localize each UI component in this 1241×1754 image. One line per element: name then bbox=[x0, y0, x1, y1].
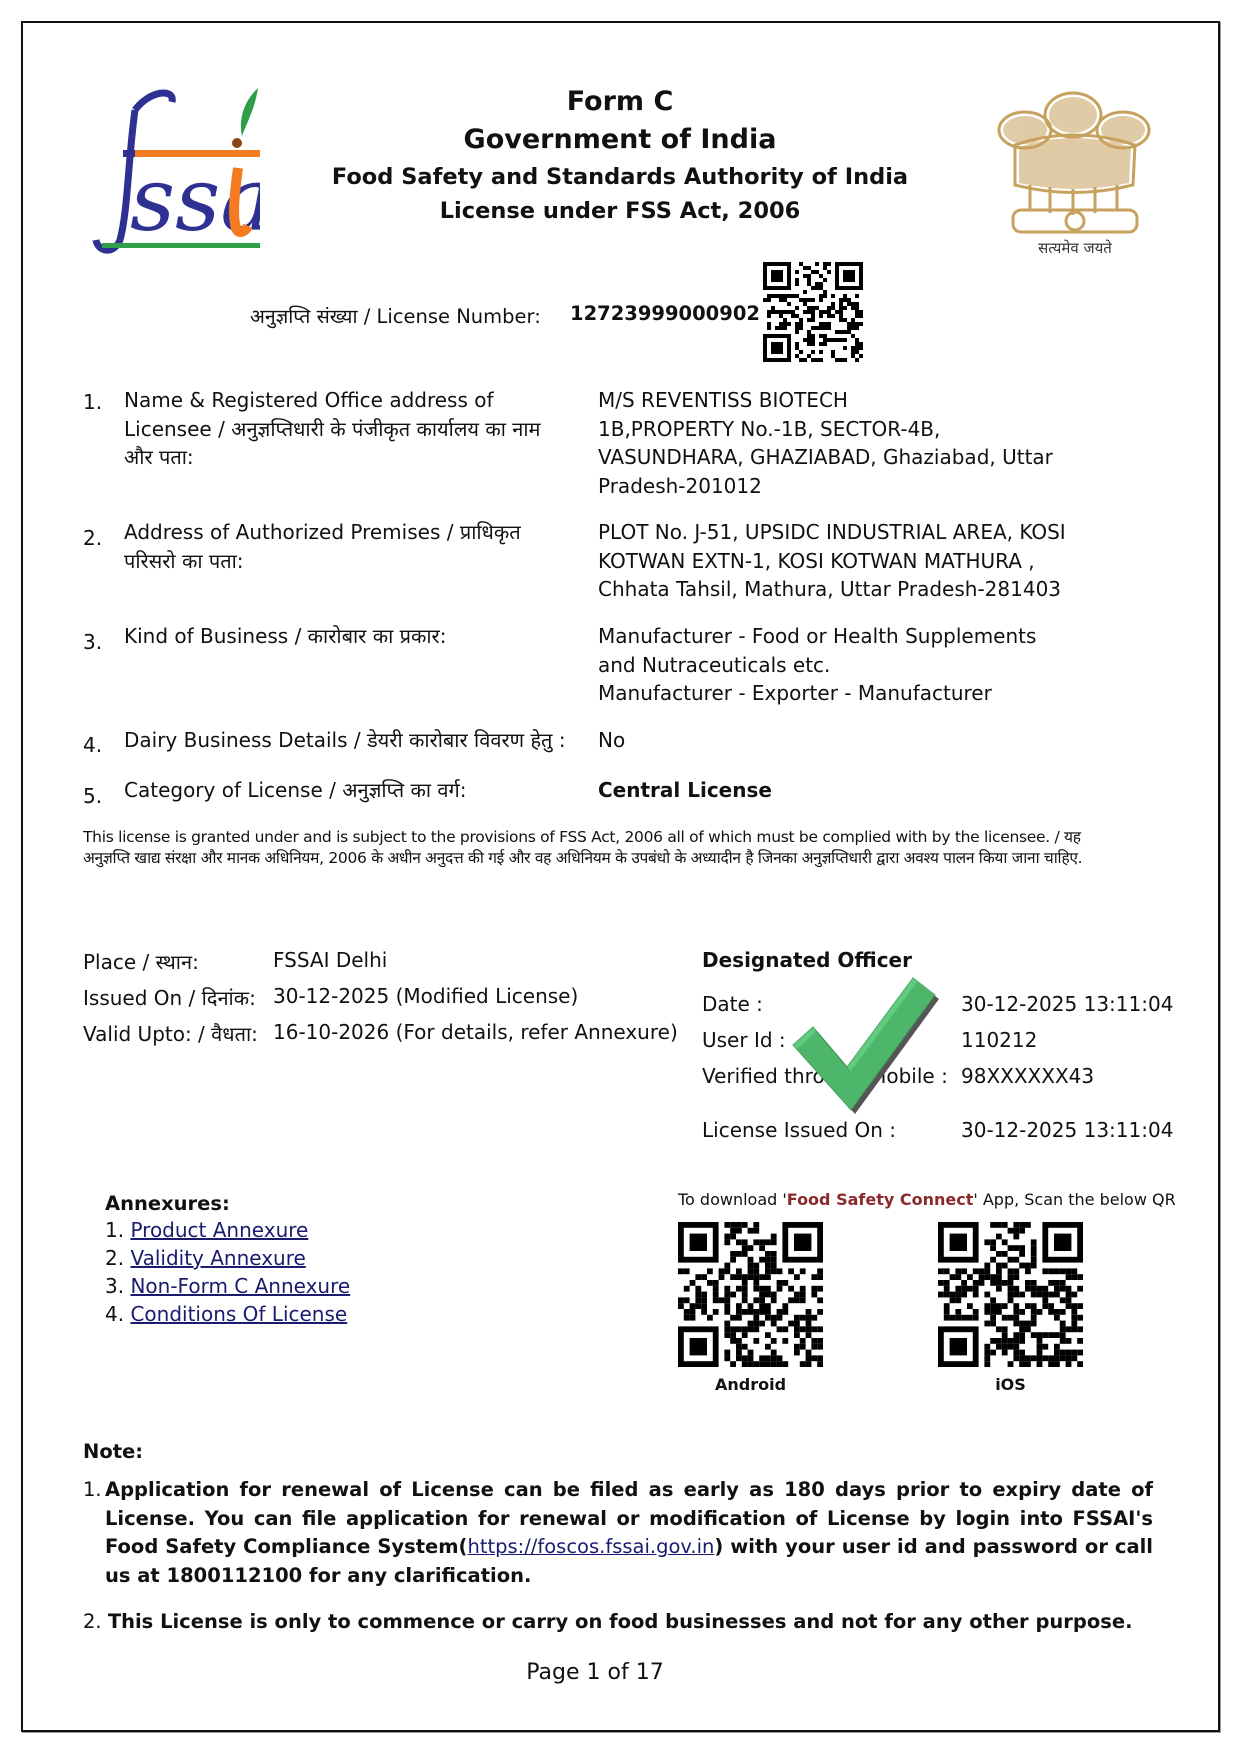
place-label: Place / स्थान: bbox=[83, 948, 199, 975]
license-qr-code-icon[interactable] bbox=[763, 262, 863, 362]
row-label-dairy: Dairy Business Details / डेयरी कारोबार व… bbox=[124, 726, 604, 755]
issued-on-value: 30-12-2025 (Modified License) bbox=[273, 984, 578, 1008]
annexure-number: 2. bbox=[105, 1246, 124, 1270]
authority-title: Food Safety and Standards Authority of I… bbox=[320, 164, 920, 190]
license-notice: This license is granted under and is sub… bbox=[83, 827, 1083, 869]
license-issued-on-label: License Issued On : bbox=[702, 1118, 896, 1142]
annexure-number: 3. bbox=[105, 1274, 124, 1298]
value-line: M/S REVENTISS BIOTECH bbox=[598, 386, 1078, 415]
officer-date-value: 30-12-2025 13:11:04 bbox=[961, 992, 1173, 1016]
value-line: KOTWAN EXTN-1, KOSI KOTWAN MATHURA , bbox=[598, 547, 1078, 576]
value-line: Pradesh-201012 bbox=[598, 472, 1078, 501]
value-line: VASUNDHARA, GHAZIABAD, Ghaziabad, Uttar bbox=[598, 443, 1078, 472]
validity-annexure-link[interactable]: Validity Annexure bbox=[130, 1246, 305, 1270]
officer-date-label: Date : bbox=[702, 992, 763, 1016]
license-issued-on-value: 30-12-2025 13:11:04 bbox=[961, 1118, 1173, 1142]
row-value-licensee: M/S REVENTISS BIOTECH 1B,PROPERTY No.-1B… bbox=[598, 386, 1078, 500]
annexure-number: 1. bbox=[105, 1218, 124, 1242]
row-label-business: Kind of Business / कारोबार का प्रकार: bbox=[124, 622, 564, 651]
verified-checkmark-icon bbox=[785, 975, 940, 1115]
value-line: and Nutraceuticals etc. bbox=[598, 651, 1078, 680]
annexure-item: 2. Validity Annexure bbox=[105, 1246, 306, 1270]
product-annexure-link[interactable]: Product Annexure bbox=[130, 1218, 308, 1242]
row-value-category: Central License bbox=[598, 776, 1078, 805]
note-1-text: Application for renewal of License can b… bbox=[105, 1476, 1153, 1590]
value-line: PLOT No. J-51, UPSIDC INDUSTRIAL AREA, K… bbox=[598, 518, 1078, 547]
officer-mobile-value: 98XXXXXX43 bbox=[961, 1064, 1094, 1088]
row-number: 3. bbox=[83, 630, 102, 654]
row-value-dairy: No bbox=[598, 726, 1078, 755]
note-number: 1. bbox=[83, 1476, 102, 1505]
row-value-premises: PLOT No. J-51, UPSIDC INDUSTRIAL AREA, K… bbox=[598, 518, 1078, 604]
conditions-of-license-link[interactable]: Conditions Of License bbox=[130, 1302, 347, 1326]
value-line: Central License bbox=[598, 776, 1078, 805]
valid-upto-label: Valid Upto: / वैधता: bbox=[83, 1020, 258, 1047]
note-number: 2. bbox=[83, 1610, 102, 1633]
ashoka-emblem-icon: सत्यमेव जयते bbox=[985, 85, 1165, 260]
note-title: Note: bbox=[83, 1440, 143, 1463]
annexure-item: 4. Conditions Of License bbox=[105, 1302, 347, 1326]
app-prefix: To download ' bbox=[678, 1190, 787, 1209]
ios-label: iOS bbox=[938, 1375, 1083, 1394]
note-2-text: This License is only to commence or carr… bbox=[108, 1610, 1133, 1633]
app-download-text: To download 'Food Safety Connect' App, S… bbox=[678, 1190, 1176, 1209]
android-label: Android bbox=[678, 1375, 823, 1394]
row-number: 5. bbox=[83, 784, 102, 808]
fssai-logo-icon: ssa bbox=[80, 80, 260, 255]
row-label-premises: Address of Authorized Premises / प्राधिक… bbox=[124, 518, 544, 575]
app-suffix: ' App, Scan the below QR bbox=[973, 1190, 1175, 1209]
designated-officer-title: Designated Officer bbox=[702, 948, 912, 972]
row-number: 4. bbox=[83, 733, 102, 757]
issued-on-label: Issued On / दिनांक: bbox=[83, 984, 256, 1011]
row-value-business: Manufacturer - Food or Health Supplement… bbox=[598, 622, 1078, 708]
officer-userid-value: 110212 bbox=[961, 1028, 1037, 1052]
page-number: Page 1 of 17 bbox=[0, 1660, 1190, 1685]
row-label-category: Category of License / अनुज्ञप्ति का वर्ग… bbox=[124, 776, 564, 805]
act-title: License under FSS Act, 2006 bbox=[320, 198, 920, 224]
form-title: Form C bbox=[320, 86, 920, 117]
annexure-item: 1. Product Annexure bbox=[105, 1218, 308, 1242]
android-qr-code-icon[interactable] bbox=[678, 1222, 823, 1367]
note-2: 2. This License is only to commence or c… bbox=[83, 1610, 1133, 1633]
annexures-title: Annexures: bbox=[105, 1192, 230, 1215]
value-line: 1B,PROPERTY No.-1B, SECTOR-4B, bbox=[598, 415, 1078, 444]
valid-upto-value: 16-10-2026 (For details, refer Annexure) bbox=[273, 1020, 678, 1044]
emblem-motto: सत्यमेव जयते bbox=[1038, 239, 1112, 257]
foscos-link[interactable]: https://foscos.fssai.gov.in bbox=[467, 1535, 714, 1558]
row-label-licensee: Name & Registered Office address of Lice… bbox=[124, 386, 564, 472]
government-title: Government of India bbox=[320, 124, 920, 155]
officer-userid-label: User Id : bbox=[702, 1028, 786, 1052]
value-line: Manufacturer - Food or Health Supplement… bbox=[598, 622, 1078, 651]
annexure-item: 3. Non-Form C Annexure bbox=[105, 1274, 350, 1298]
place-value: FSSAI Delhi bbox=[273, 948, 387, 972]
value-line: Manufacturer - Exporter - Manufacturer bbox=[598, 679, 1078, 708]
row-number: 1. bbox=[83, 390, 102, 414]
license-number-label: अनुज्ञप्ति संख्या / License Number: bbox=[250, 302, 541, 329]
license-number-value: 12723999000902 bbox=[570, 302, 760, 325]
note-1: 1. Application for renewal of License ca… bbox=[83, 1476, 1153, 1590]
value-line: Chhata Tahsil, Mathura, Uttar Pradesh-28… bbox=[598, 575, 1078, 604]
non-form-c-annexure-link[interactable]: Non-Form C Annexure bbox=[130, 1274, 350, 1298]
app-name: Food Safety Connect bbox=[787, 1190, 974, 1209]
ios-qr-code-icon[interactable] bbox=[938, 1222, 1083, 1367]
value-line: No bbox=[598, 726, 1078, 755]
annexure-number: 4. bbox=[105, 1302, 124, 1326]
row-number: 2. bbox=[83, 526, 102, 550]
